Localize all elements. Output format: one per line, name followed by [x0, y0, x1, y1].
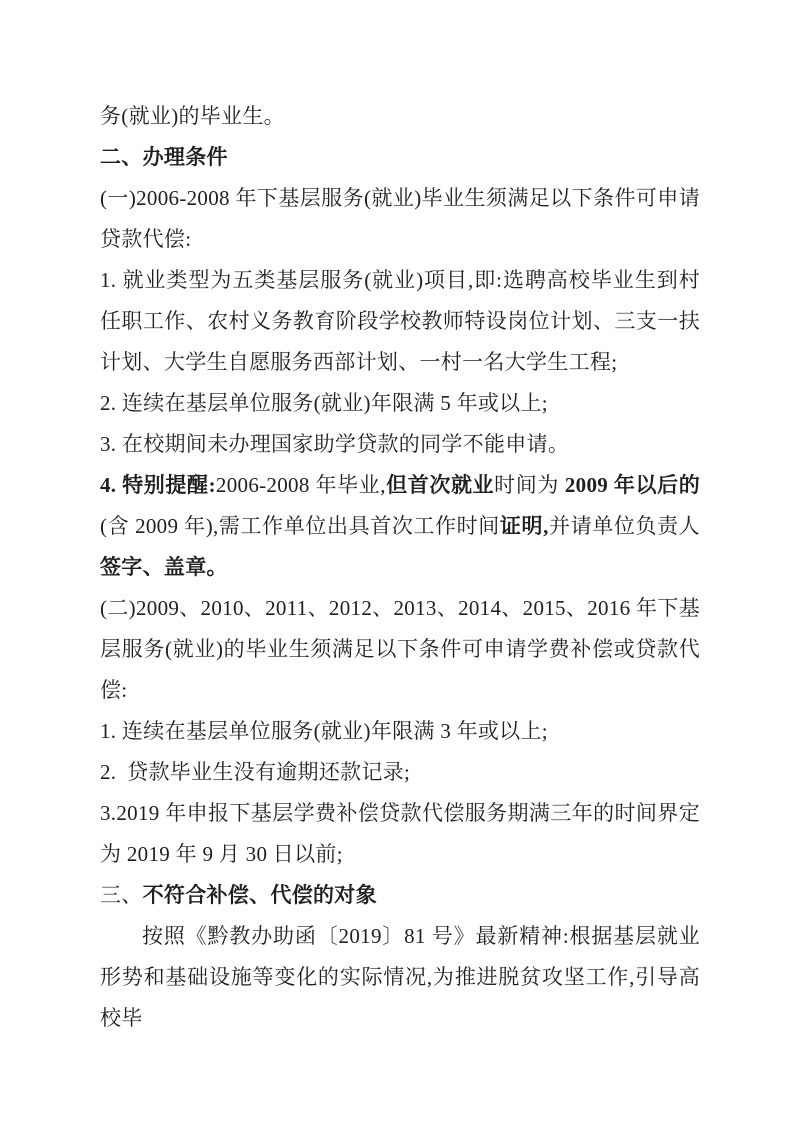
paragraph-condition-group-2-intro: (二)2009、2010、2011、2012、2013、2014、2015、20…	[100, 588, 700, 711]
text-run: 2. 连续在基层单位服务(就业)年限满 5 年或以上;	[100, 391, 548, 415]
text-run: 不符合补偿、代偿的对象	[143, 883, 377, 907]
text-run: 2. 贷款毕业生没有逾期还款记录;	[100, 760, 410, 784]
text-run: 三、	[100, 883, 143, 907]
text-run: 3. 在校期间未办理国家助学贷款的同学不能申请。	[100, 432, 569, 456]
text-run: (二)2009、2010、2011、2012、2013、2014、2015、20…	[100, 596, 700, 702]
list-item-2-service-years-5: 2. 连续在基层单位服务(就业)年限满 5 年或以上;	[100, 383, 700, 424]
text-run: 1. 连续在基层单位服务(就业)年限满 3 年或以上;	[100, 719, 548, 743]
list-item-2-no-overdue-record: 2. 贷款毕业生没有逾期还款记录;	[100, 752, 700, 793]
text-run: 2009 年以后的	[565, 473, 700, 497]
list-item-3-deadline-definition: 3.2019 年申报下基层学费补偿贷款代偿服务期满三年的时间界定为 2019 年…	[100, 793, 700, 875]
paragraph-policy-basis: 按照《黔教办助函〔2019〕81 号》最新精神:根据基层就业形势和基础设施等变化…	[100, 916, 700, 1039]
document-body-text: 务(就业)的毕业生。 二、办理条件 (一)2006-2008 年下基层服务(就业…	[100, 96, 700, 1039]
text-run: (一)2006-2008 年下基层服务(就业)毕业生须满足以下条件可申请贷款代偿…	[100, 186, 700, 251]
text-run: 时间为	[494, 473, 565, 497]
text-run: 务(就业)的毕业生。	[100, 104, 285, 128]
text-run: 1. 就业类型为五类基层服务(就业)项目,即:选聘高校毕业生到村任职工作、农村义…	[100, 268, 700, 374]
text-run: 二、办理条件	[100, 145, 228, 169]
list-item-3-no-loan-cannot-apply: 3. 在校期间未办理国家助学贷款的同学不能申请。	[100, 424, 700, 465]
text-run: 4. 特别提醒:	[100, 473, 216, 497]
text-run: 但首次就业	[386, 473, 494, 497]
list-item-1-service-years-3: 1. 连续在基层单位服务(就业)年限满 3 年或以上;	[100, 711, 700, 752]
text-run: 3.2019 年申报下基层学费补偿贷款代偿服务期满三年的时间界定为 2019 年…	[100, 801, 700, 866]
document-page: 务(就业)的毕业生。 二、办理条件 (一)2006-2008 年下基层服务(就业…	[0, 0, 793, 1122]
list-item-4-special-reminder: 4. 特别提醒:2006-2008 年毕业,但首次就业时间为 2009 年以后的…	[100, 465, 700, 588]
text-run: 2006-2008 年毕业,	[216, 473, 386, 497]
text-run: (含 2009 年),需工作单位出具首次工作时间	[100, 514, 500, 538]
heading-section-3: 三、不符合补偿、代偿的对象	[100, 875, 700, 916]
paragraph-condition-group-1-intro: (一)2006-2008 年下基层服务(就业)毕业生须满足以下条件可申请贷款代偿…	[100, 178, 700, 260]
text-run: 签字、盖章。	[100, 555, 228, 579]
text-run: 证明,	[500, 514, 549, 538]
text-run: 并请单位负责人	[549, 514, 700, 538]
paragraph-intro-continuation: 务(就业)的毕业生。	[100, 96, 700, 137]
text-run: 按照《黔教办助函〔2019〕81 号》最新精神:根据基层就业形势和基础设施等变化…	[100, 924, 700, 1030]
list-item-1-employment-types: 1. 就业类型为五类基层服务(就业)项目,即:选聘高校毕业生到村任职工作、农村义…	[100, 260, 700, 383]
heading-section-2: 二、办理条件	[100, 137, 700, 178]
